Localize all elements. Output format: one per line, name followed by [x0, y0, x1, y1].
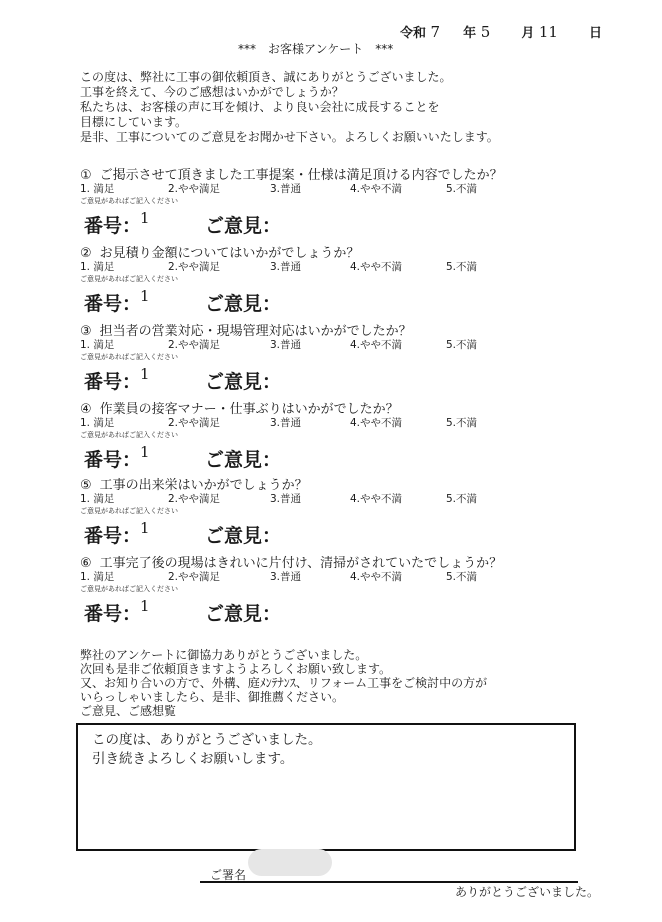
number-value[interactable]: 1 [140, 209, 150, 227]
number-value[interactable]: 1 [140, 287, 150, 305]
intro-line: この度は、弊社に工事の御依頼頂き、誠にありがとうございました。 [80, 70, 499, 85]
number-label: 番号： [84, 445, 141, 472]
option-3[interactable]: 3.普通 [270, 491, 301, 506]
intro-line: 是非、工事についてのご意見をお聞かせ下さい。よろしくお願いいたします。 [80, 130, 499, 145]
option-1[interactable]: 1. 満足 [80, 415, 114, 430]
option-4[interactable]: 4.やや不満 [350, 569, 402, 584]
option-4[interactable]: 4.やや不満 [350, 181, 402, 196]
option-5[interactable]: 5.不満 [446, 259, 477, 274]
closing-line: いらっしゃいましたら、是非、御推薦ください。 [80, 690, 487, 704]
opinion-label: ご意見： [205, 521, 281, 548]
rating-options: 1. 満足 2.やや満足 3.普通 4.やや不満 5.不満 [80, 415, 580, 429]
option-2[interactable]: 2.やや満足 [168, 415, 220, 430]
hint-text: ご意見があればご記入ください [80, 195, 580, 207]
question-1: ①ご掲示させて頂きました工事提案・仕様は満足頂ける内容でしたか？ 1. 満足 2… [80, 164, 580, 233]
hint-text: ご意見があればご記入ください [80, 429, 580, 441]
option-1[interactable]: 1. 満足 [80, 569, 114, 584]
option-3[interactable]: 3.普通 [270, 569, 301, 584]
intro-text: この度は、弊社に工事の御依頼頂き、誠にありがとうございました。 工事を終えて、今… [80, 70, 499, 145]
number-label: 番号： [84, 521, 141, 548]
year-value: 7 [431, 23, 441, 41]
date-line: 令和 7 年 5 月 11 日 [400, 22, 602, 41]
option-4[interactable]: 4.やや不満 [350, 415, 402, 430]
closing-line: 次回も是非ご依頼頂きますようよろしくお願い致します。 [80, 662, 487, 676]
option-2[interactable]: 2.やや満足 [168, 181, 220, 196]
comment-line: 引き続きよろしくお願いします。 [85, 750, 574, 769]
answer-row: 番号： 1 ご意見： [80, 207, 580, 233]
day-value: 11 [539, 23, 558, 41]
number-label: 番号： [84, 289, 141, 316]
question-3: ③担当者の営業対応・現場管理対応はいかがでしたか？ 1. 満足 2.やや満足 3… [80, 320, 580, 389]
rating-options: 1. 満足 2.やや満足 3.普通 4.やや不満 5.不満 [80, 259, 580, 273]
number-value[interactable]: 1 [140, 519, 150, 537]
option-4[interactable]: 4.やや不満 [350, 491, 402, 506]
hint-text: ご意見があればご記入ください [80, 505, 580, 517]
option-1[interactable]: 1. 満足 [80, 337, 114, 352]
option-1[interactable]: 1. 満足 [80, 181, 114, 196]
closing-line: 弊社のアンケートに御協力ありがとうございました。 [80, 648, 487, 662]
comment-line: この度は、ありがとうございました。 [85, 731, 574, 750]
answer-row: 番号： 1 ご意見： [80, 517, 580, 543]
option-3[interactable]: 3.普通 [270, 337, 301, 352]
question-4: ④作業員の接客マナー・仕事ぶりはいかがでしたか？ 1. 満足 2.やや満足 3.… [80, 398, 580, 467]
hint-text: ご意見があればご記入ください [80, 351, 580, 363]
option-5[interactable]: 5.不満 [446, 491, 477, 506]
rating-options: 1. 満足 2.やや満足 3.普通 4.やや不満 5.不満 [80, 491, 580, 505]
intro-line: 工事を終えて、今のご感想はいかがでしょうか？ [80, 85, 499, 100]
number-label: 番号： [84, 211, 141, 238]
number-value[interactable]: 1 [140, 597, 150, 615]
hint-text: ご意見があればご記入ください [80, 583, 580, 595]
option-4[interactable]: 4.やや不満 [350, 337, 402, 352]
comments-box[interactable]: この度は、ありがとうございました。 引き続きよろしくお願いします。 [76, 723, 576, 851]
comments-heading: ご意見、ご感想覧 [80, 704, 487, 718]
number-label: 番号： [84, 599, 141, 626]
option-2[interactable]: 2.やや満足 [168, 337, 220, 352]
question-6: ⑥工事完了後の現場はきれいに片付け、清掃がされていたでしょうか？ 1. 満足 2… [80, 552, 580, 621]
closing-line: 又、お知り合いの方で、外構、庭ﾒﾝﾃﾅﾝｽ、リフォーム工事をご検討中の方が [80, 676, 487, 690]
rating-options: 1. 満足 2.やや満足 3.普通 4.やや不満 5.不満 [80, 181, 580, 195]
day-unit: 日 [589, 26, 602, 41]
option-5[interactable]: 5.不満 [446, 337, 477, 352]
option-5[interactable]: 5.不満 [446, 181, 477, 196]
answer-row: 番号： 1 ご意見： [80, 285, 580, 311]
opinion-label: ご意見： [205, 211, 281, 238]
opinion-label: ご意見： [205, 445, 281, 472]
answer-row: 番号： 1 ご意見： [80, 441, 580, 467]
signature-redacted [248, 849, 332, 876]
page-title: *** お客様アンケート *** [238, 40, 393, 57]
closing-text: 弊社のアンケートに御協力ありがとうございました。 次回も是非ご依頼頂きますようよ… [80, 648, 487, 718]
option-3[interactable]: 3.普通 [270, 181, 301, 196]
option-3[interactable]: 3.普通 [270, 415, 301, 430]
number-value[interactable]: 1 [140, 365, 150, 383]
thanks-text: ありがとうございました。 [455, 883, 599, 900]
hint-text: ご意見があればご記入ください [80, 273, 580, 285]
opinion-label: ご意見： [205, 367, 281, 394]
option-1[interactable]: 1. 満足 [80, 259, 114, 274]
month-unit: 月 [521, 26, 534, 41]
opinion-label: ご意見： [205, 289, 281, 316]
option-2[interactable]: 2.やや満足 [168, 491, 220, 506]
option-4[interactable]: 4.やや不満 [350, 259, 402, 274]
option-1[interactable]: 1. 満足 [80, 491, 114, 506]
era-label: 令和 [400, 26, 426, 41]
option-5[interactable]: 5.不満 [446, 569, 477, 584]
number-value[interactable]: 1 [140, 443, 150, 461]
option-2[interactable]: 2.やや満足 [168, 259, 220, 274]
option-2[interactable]: 2.やや満足 [168, 569, 220, 584]
rating-options: 1. 満足 2.やや満足 3.普通 4.やや不満 5.不満 [80, 337, 580, 351]
option-3[interactable]: 3.普通 [270, 259, 301, 274]
option-5[interactable]: 5.不満 [446, 415, 477, 430]
answer-row: 番号： 1 ご意見： [80, 595, 580, 621]
rating-options: 1. 満足 2.やや満足 3.普通 4.やや不満 5.不満 [80, 569, 580, 583]
month-value: 5 [481, 23, 491, 41]
intro-line: 私たちは、お客様の声に耳を傾け、より良い会社に成長することを [80, 100, 499, 115]
question-2: ②お見積り金額についてはいかがでしょうか？ 1. 満足 2.やや満足 3.普通 … [80, 242, 580, 311]
intro-line: 目標にしています。 [80, 115, 499, 130]
opinion-label: ご意見： [205, 599, 281, 626]
year-unit: 年 [463, 26, 476, 41]
question-5: ⑤工事の出来栄はいかがでしょうか？ 1. 満足 2.やや満足 3.普通 4.やや… [80, 474, 580, 543]
number-label: 番号： [84, 367, 141, 394]
answer-row: 番号： 1 ご意見： [80, 363, 580, 389]
